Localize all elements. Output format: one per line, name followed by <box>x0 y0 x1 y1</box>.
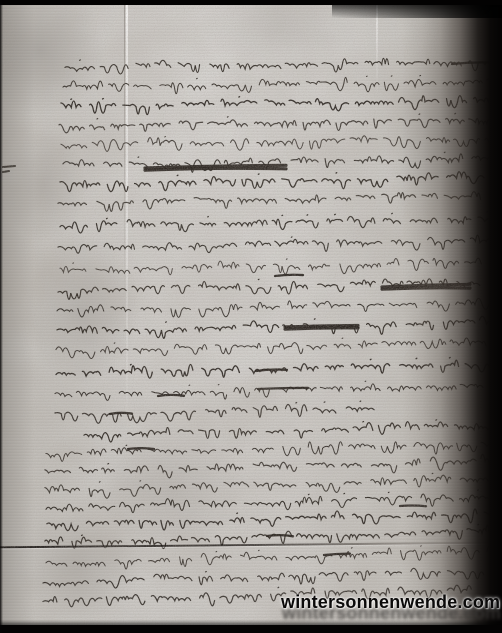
scan-border-left <box>0 0 3 633</box>
manuscript-scan-page: wintersonnenwende.com wintersonnenwende.… <box>0 0 502 633</box>
watermark-text: wintersonnenwende.com <box>281 592 500 613</box>
scan-border-top <box>0 0 502 5</box>
scan-border-bottom <box>0 625 502 633</box>
right-spine-shadow <box>402 0 502 633</box>
